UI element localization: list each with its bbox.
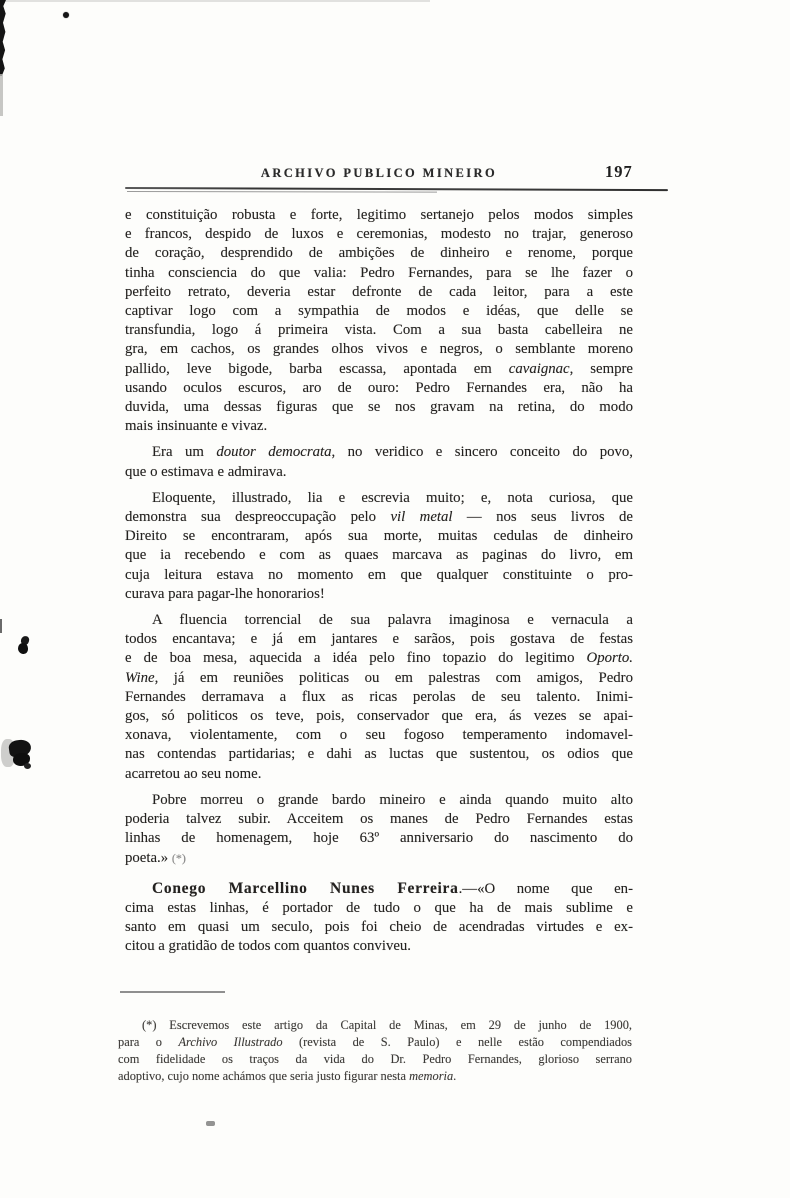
regular-text: A fluencia torrencial de sua palavra ima… bbox=[152, 612, 633, 628]
text-line: que ia recebendo e com as quaes marcava … bbox=[125, 546, 633, 565]
regular-text: xonava, violentamente, com o seu fogoso … bbox=[125, 727, 633, 743]
text-line: usando oculos escuros, aro de ouro: Pedr… bbox=[125, 379, 633, 398]
text-line: de coração, desprendido de ambições de d… bbox=[125, 244, 633, 263]
regular-text: para o bbox=[118, 1035, 178, 1049]
regular-text: duvida, uma dessas figuras que se nos gr… bbox=[125, 399, 633, 415]
text-line: e francos, despido de luxos e ceremonias… bbox=[125, 225, 633, 244]
italic-text: memoria bbox=[409, 1069, 453, 1083]
regular-text: e francos, despido de luxos e ceremonias… bbox=[125, 226, 633, 242]
text-line: duvida, uma dessas figuras que se nos gr… bbox=[125, 398, 633, 417]
text-line: nas contendas partidarias; e dahi as luc… bbox=[125, 745, 633, 764]
text-line: linhas de homenagem, hoje 63º anniversar… bbox=[125, 829, 633, 848]
regular-text: e constituição robusta e forte, legitimo… bbox=[125, 207, 633, 223]
text-line: mais insinuante e vivaz. bbox=[125, 417, 633, 436]
paragraph: Eloquente, illustrado, lia e escrevia mu… bbox=[125, 489, 633, 604]
regular-text: , no veridico e sincero conceito do povo… bbox=[332, 444, 634, 460]
paragraph: Pobre morreu o grande bardo mineiro e ai… bbox=[125, 791, 633, 868]
italic-text: vil metal bbox=[390, 509, 452, 525]
ink-blob-artifact bbox=[18, 643, 28, 654]
text-line: A fluencia torrencial de sua palavra ima… bbox=[125, 611, 633, 630]
regular-text: mais insinuante e vivaz. bbox=[125, 418, 267, 434]
smudge-artifact bbox=[206, 1121, 215, 1126]
regular-text: pallido, leve bigode, barba escassa, apo… bbox=[125, 361, 509, 377]
regular-text: santo em quasi um seculo, pois foi cheio… bbox=[125, 919, 633, 935]
text-line: santo em quasi um seculo, pois foi cheio… bbox=[125, 918, 633, 937]
text-line: tinha consciencia do que valia: Pedro Fe… bbox=[125, 264, 633, 283]
text-line: curava para pagar-lhe honorarios! bbox=[125, 585, 633, 604]
text-line: Direito se encontraram, após sua morte, … bbox=[125, 527, 633, 546]
scan-edge-artifact bbox=[0, 619, 2, 633]
regular-text: usando oculos escuros, aro de ouro: Pedr… bbox=[125, 380, 633, 396]
text-line: poeta.» (*) bbox=[125, 849, 633, 868]
paragraph: Era um doutor democrata, no veridico e s… bbox=[125, 443, 633, 481]
text-line: Wine, já em reuniões politicas ou em pal… bbox=[125, 669, 633, 688]
regular-text: Era um bbox=[152, 444, 216, 460]
regular-text: e de boa mesa, aquecida a idéa pelo fino… bbox=[125, 650, 587, 666]
text-line: Conego Marcellino Nunes Ferreira.—«O nom… bbox=[125, 879, 633, 899]
bold-text: Conego Marcellino Nunes Ferreira bbox=[152, 880, 459, 897]
regular-text: cima estas linhas, é portador de tudo o … bbox=[125, 900, 633, 916]
regular-text: — nos seus livros de bbox=[453, 509, 633, 525]
italic-text: Archivo Illustrado bbox=[178, 1035, 282, 1049]
journal-title: ARCHIVO PUBLICO MINEIRO bbox=[125, 166, 633, 181]
text-line: (*) Escrevemos este artigo da Capital de… bbox=[118, 1017, 632, 1034]
regular-text: cuja leitura estava no momento em que qu… bbox=[125, 567, 633, 583]
ink-dot-artifact bbox=[63, 12, 69, 18]
text-line: todos encantava; e já em jantares e sarã… bbox=[125, 630, 633, 649]
regular-text: Direito se encontraram, após sua morte, … bbox=[125, 528, 633, 544]
footnote-separator bbox=[120, 991, 225, 993]
faint-text: (*) bbox=[172, 851, 186, 865]
text-line: Eloquente, illustrado, lia e escrevia mu… bbox=[125, 489, 633, 508]
regular-text: todos encantava; e já em jantares e sarã… bbox=[125, 631, 633, 647]
footnote: (*) Escrevemos este artigo da Capital de… bbox=[118, 1017, 632, 1085]
paragraph: Conego Marcellino Nunes Ferreira.—«O nom… bbox=[125, 879, 633, 957]
scan-edge-artifact bbox=[0, 74, 3, 116]
regular-text: perfeito retrato, deveria estar defronte… bbox=[125, 284, 633, 300]
regular-text: , já em reuniões politicas ou em palestr… bbox=[155, 670, 633, 686]
regular-text: de coração, desprendido de ambições de d… bbox=[125, 245, 633, 261]
regular-text: nas contendas partidarias; e dahi as luc… bbox=[125, 746, 633, 762]
regular-text: que o estimava e admirava. bbox=[125, 464, 286, 480]
text-line: transfundia, logo á primeira vista. Com … bbox=[125, 321, 633, 340]
italic-text: cavaignac bbox=[509, 361, 570, 377]
regular-text: com fidelidade os traços da vida do Dr. … bbox=[118, 1052, 632, 1066]
regular-text: captivar logo com a sympathia de modos e… bbox=[125, 303, 633, 319]
text-line: gra, em cachos, os grandes olhos vivos e… bbox=[125, 340, 633, 359]
regular-text: Fernandes derramava a flux as ricas pero… bbox=[125, 689, 633, 705]
scan-edge-artifact bbox=[0, 0, 6, 76]
regular-text: adoptivo, cujo nome achámos que seria ju… bbox=[118, 1069, 409, 1083]
text-line: cima estas linhas, é portador de tudo o … bbox=[125, 899, 633, 918]
text-line: para o Archivo Illustrado (revista de S.… bbox=[118, 1034, 632, 1051]
header-rule-echo bbox=[127, 191, 437, 193]
text-line: Fernandes derramava a flux as ricas pero… bbox=[125, 688, 633, 707]
scanned-page: ARCHIVO PUBLICO MINEIRO 197 e constituiç… bbox=[0, 0, 790, 1198]
body-text: e constituição robusta e forte, legitimo… bbox=[125, 206, 633, 957]
italic-text: Wine bbox=[125, 670, 155, 686]
text-line: cuja leitura estava no momento em que qu… bbox=[125, 566, 633, 585]
text-line: perfeito retrato, deveria estar defronte… bbox=[125, 283, 633, 302]
page-number: 197 bbox=[605, 162, 633, 182]
regular-text: gra, em cachos, os grandes olhos vivos e… bbox=[125, 341, 633, 357]
ink-blob-artifact bbox=[24, 763, 31, 769]
regular-text: gos, só politicos os teve, pois, conserv… bbox=[125, 708, 633, 724]
text-line: com fidelidade os traços da vida do Dr. … bbox=[118, 1051, 632, 1068]
regular-text: Eloquente, illustrado, lia e escrevia mu… bbox=[152, 490, 633, 506]
regular-text: . bbox=[453, 1069, 456, 1083]
text-line: gos, só politicos os teve, pois, conserv… bbox=[125, 707, 633, 726]
text-line: e constituição robusta e forte, legitimo… bbox=[125, 206, 633, 225]
regular-text: poderia talvez subir. Acceitem os manes … bbox=[125, 811, 633, 827]
text-line: e de boa mesa, aquecida a idéa pelo fino… bbox=[125, 649, 633, 668]
text-line: adoptivo, cujo nome achámos que seria ju… bbox=[118, 1068, 632, 1085]
regular-text: transfundia, logo á primeira vista. Com … bbox=[125, 322, 633, 338]
regular-text: (revista de S. Paulo) e nelle estão comp… bbox=[283, 1035, 632, 1049]
regular-text: curava para pagar-lhe honorarios! bbox=[125, 586, 325, 602]
regular-text: acarretou ao seu nome. bbox=[125, 766, 261, 782]
text-line: que o estimava e admirava. bbox=[125, 463, 633, 482]
text-line: demonstra sua despreoccupação pelo vil m… bbox=[125, 508, 633, 527]
regular-text: linhas de homenagem, hoje 63º anniversar… bbox=[125, 830, 633, 846]
regular-text: citou a gratidão de todos com quantos co… bbox=[125, 938, 411, 954]
text-line: captivar logo com a sympathia de modos e… bbox=[125, 302, 633, 321]
text-line: acarretou ao seu nome. bbox=[125, 765, 633, 784]
italic-text: Oporto. bbox=[587, 650, 633, 666]
regular-text: Pobre morreu o grande bardo mineiro e ai… bbox=[152, 792, 633, 808]
paragraph: A fluencia torrencial de sua palavra ima… bbox=[125, 611, 633, 784]
regular-text: demonstra sua despreoccupação pelo bbox=[125, 509, 390, 525]
text-line: xonava, violentamente, com o seu fogoso … bbox=[125, 726, 633, 745]
text-line: Era um doutor democrata, no veridico e s… bbox=[125, 443, 633, 462]
text-line: pallido, leve bigode, barba escassa, apo… bbox=[125, 360, 633, 379]
regular-text: poeta.» bbox=[125, 850, 172, 866]
regular-text: (*) Escrevemos este artigo da Capital de… bbox=[142, 1018, 632, 1032]
paragraph: e constituição robusta e forte, legitimo… bbox=[125, 206, 633, 436]
italic-text: doutor democrata bbox=[216, 444, 331, 460]
regular-text: .—«O nome que en- bbox=[459, 881, 633, 897]
text-line: citou a gratidão de todos com quantos co… bbox=[125, 937, 633, 956]
scan-edge-artifact bbox=[0, 0, 430, 2]
regular-text: , sempre bbox=[570, 361, 633, 377]
regular-text: tinha consciencia do que valia: Pedro Fe… bbox=[125, 265, 633, 281]
text-line: Pobre morreu o grande bardo mineiro e ai… bbox=[125, 791, 633, 810]
text-line: poderia talvez subir. Acceitem os manes … bbox=[125, 810, 633, 829]
regular-text: que ia recebendo e com as quaes marcava … bbox=[125, 547, 633, 563]
